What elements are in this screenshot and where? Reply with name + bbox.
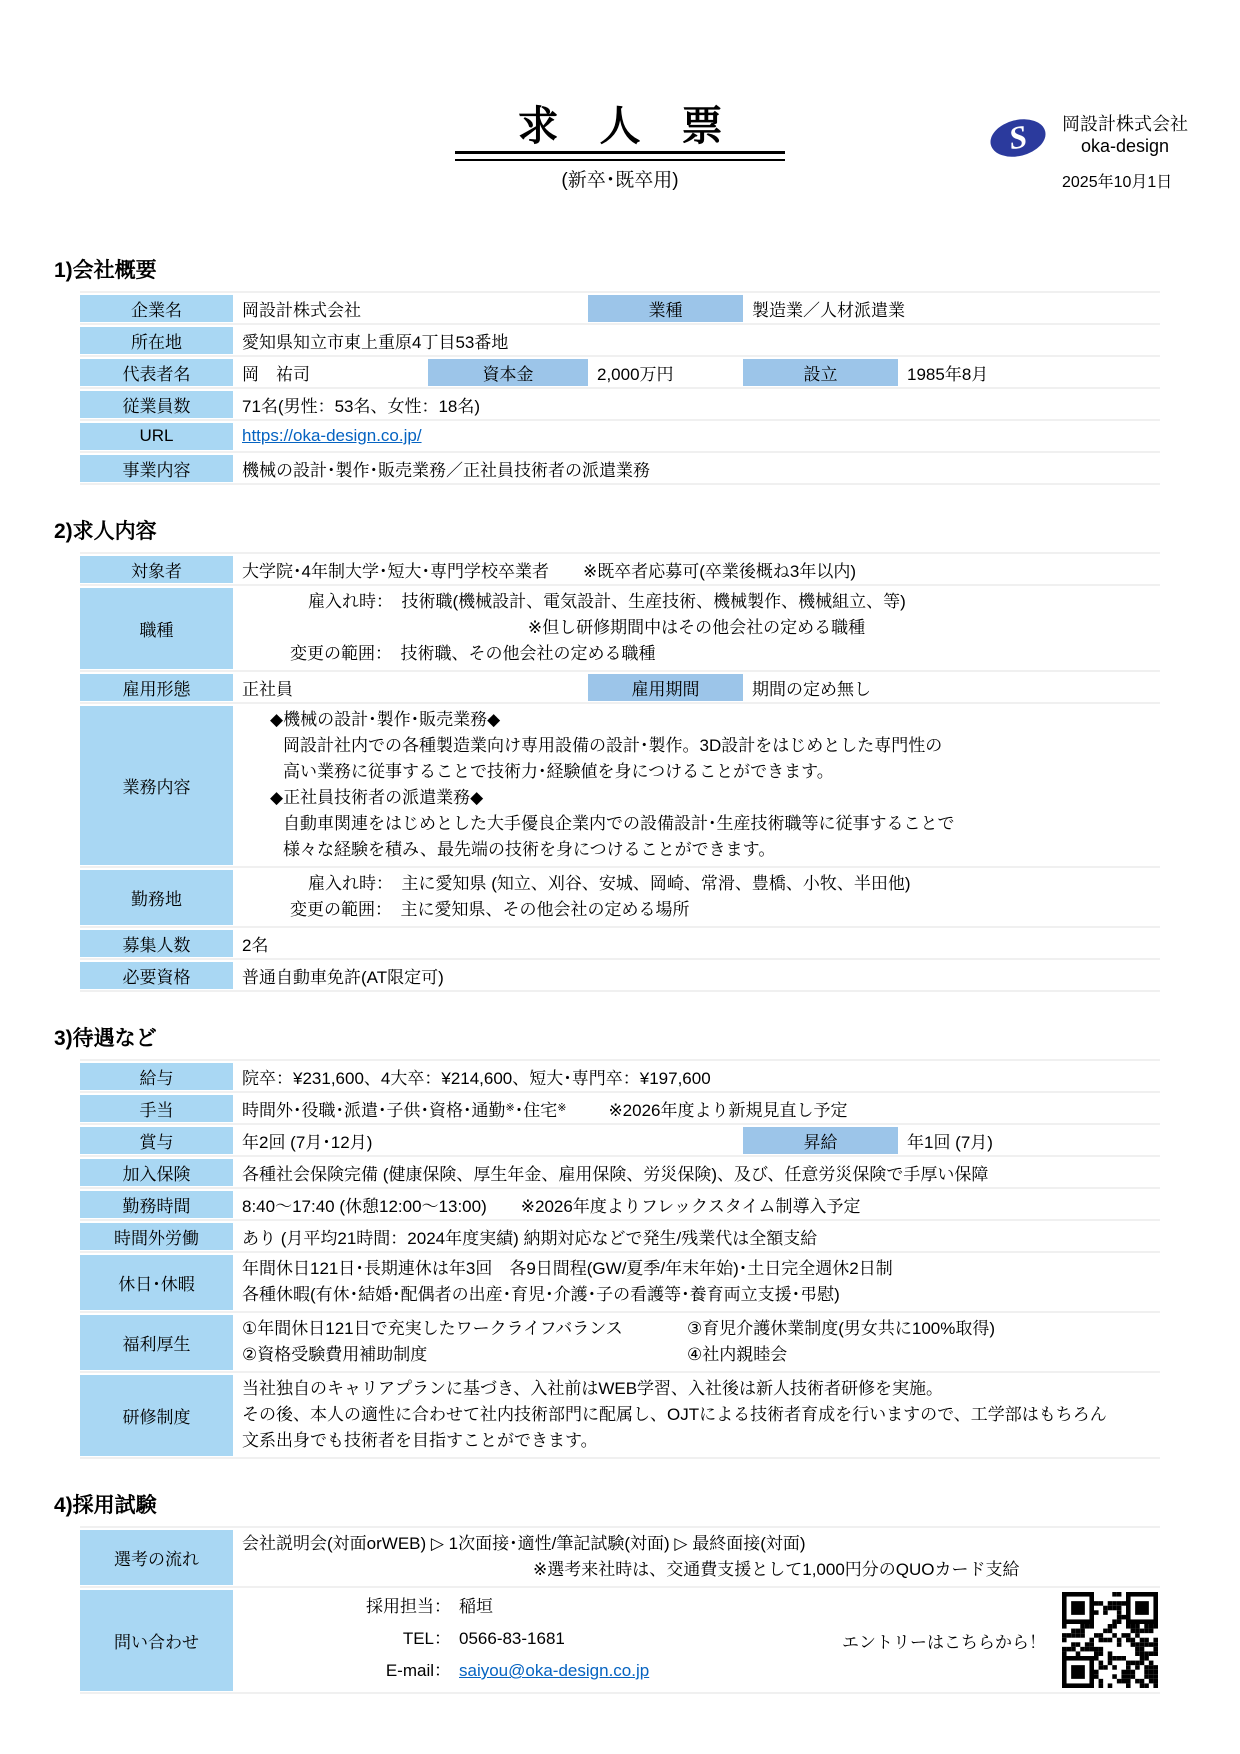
- table-row: 事業内容 機械の設計･製作･販売業務／正社員技術者の派遣業務: [80, 453, 1160, 485]
- industry-value: 製造業／人材派遣業: [743, 293, 1160, 323]
- employment-type-value: 正社員: [233, 672, 588, 702]
- table-row: 勤務時間 8:40～17:40 (休憩12:00～13:00) ※2026年度よ…: [80, 1189, 1160, 1221]
- company-overview-table: 企業名 岡設計株式会社 業種 製造業／人材派遣業 所在地 愛知県知立市東上重原4…: [80, 291, 1160, 485]
- allowance-value: 時間外･役職･派遣･子供･資格･通勤※･住宅※ ※2026年度より新規見直し予定: [233, 1093, 1160, 1123]
- target-label: 対象者: [80, 556, 233, 583]
- selection-flow-note: ※選考来社時は、交通費支援として1,000円分のQUOカード支給: [233, 1557, 1160, 1583]
- company-logo-icon: S: [986, 114, 1050, 167]
- section-job-details: 2)求人内容 対象者 大学院･4年制大学･短大･専門学校卒業者 ※既卒者応募可(…: [80, 515, 1160, 992]
- insurance-value: 各種社会保険完備 (健康保険、厚生年金、雇用保険、労災保険)、及び、任意労災保険…: [233, 1157, 1160, 1187]
- section3-heading: 3)待遇など: [54, 1022, 1160, 1052]
- welfare-label: 福利厚生: [80, 1315, 233, 1370]
- table-row: 職種 雇入れ時： 技術職(機械設計、電気設計、生産技術、機械製作、機械組立、等)…: [80, 586, 1160, 672]
- address-label: 所在地: [80, 327, 233, 354]
- table-row: 所在地 愛知県知立市東上重原4丁目53番地: [80, 325, 1160, 357]
- target-value: 大学院･4年制大学･短大･専門学校卒業者 ※既卒者応募可(卒業後概ね3年以内): [233, 554, 1160, 584]
- allowance-note: ※2026年度より新規見直し予定: [608, 1096, 847, 1121]
- insurance-label: 加入保険: [80, 1159, 233, 1186]
- location-value: 雇入れ時： 主に愛知県 (知立、刈谷、安城、岡崎、常滑、豊橋、小牧、半田他) 変…: [233, 868, 1160, 926]
- business-value: 機械の設計･製作･販売業務／正社員技術者の派遣業務: [233, 453, 1160, 483]
- duties-value: ◆機械の設計･製作･販売業務◆ 岡設計社内での各種製造業向け専用設備の設計･製作…: [233, 704, 1160, 866]
- overtime-label: 時間外労働: [80, 1223, 233, 1250]
- tel-label: TEL：: [233, 1624, 451, 1656]
- employment-period-value: 期間の定め無し: [743, 672, 1160, 702]
- entry-block: エントリーはこちらから！: [842, 1588, 1160, 1692]
- section-company-overview: 1)会社概要 企業名 岡設計株式会社 業種 製造業／人材派遣業 所在地 愛知県知…: [80, 254, 1160, 485]
- company-url-link[interactable]: https://oka-design.co.jp/: [242, 426, 422, 446]
- selection-flow-label: 選考の流れ: [80, 1530, 233, 1585]
- table-row: 研修制度 当社独自のキャリアプランに基づき、入社前はWEB学習、入社後は新人技術…: [80, 1373, 1160, 1459]
- table-row: 業務内容 ◆機械の設計･製作･販売業務◆ 岡設計社内での各種製造業向け専用設備の…: [80, 704, 1160, 868]
- entry-call-to-action: エントリーはこちらから！: [842, 1628, 1046, 1653]
- duties-label: 業務内容: [80, 706, 233, 865]
- contact-label: 問い合わせ: [80, 1590, 233, 1691]
- table-row: 雇用形態 正社員 雇用期間 期間の定め無し: [80, 672, 1160, 704]
- company-name: 岡設計株式会社: [1062, 114, 1188, 136]
- openings-value: 2名: [233, 928, 1160, 958]
- section4-heading: 4)採用試験: [54, 1489, 1160, 1519]
- raise-label: 昇給: [743, 1127, 898, 1154]
- table-row: 手当 時間外･役職･派遣･子供･資格･通勤※･住宅※ ※2026年度より新規見直…: [80, 1093, 1160, 1125]
- employment-type-label: 雇用形態: [80, 674, 233, 701]
- location-label: 勤務地: [80, 870, 233, 925]
- email-link[interactable]: saiyou@oka-design.co.jp: [459, 1661, 649, 1680]
- founded-label: 設立: [743, 359, 898, 386]
- title-double-rule: [455, 151, 785, 161]
- license-label: 必要資格: [80, 962, 233, 989]
- training-label: 研修制度: [80, 1375, 233, 1456]
- contact-details: 採用担当： 稲垣 TEL： 0566-83-1681 E-mail： saiyo…: [233, 1588, 649, 1692]
- jobtype-label: 職種: [80, 588, 233, 669]
- capital-label: 資本金: [428, 359, 588, 386]
- bonus-label: 賞与: [80, 1127, 233, 1154]
- address-value: 愛知県知立市東上重原4丁目53番地: [233, 325, 1160, 355]
- employment-period-label: 雇用期間: [588, 674, 743, 701]
- openings-label: 募集人数: [80, 930, 233, 957]
- table-row: 必要資格 普通自動車免許(AT限定可): [80, 960, 1160, 992]
- business-label: 事業内容: [80, 455, 233, 482]
- header: 求 人 票 (新卒･既卒用) S 岡設計株式会社 oka-design 2025…: [80, 104, 1160, 224]
- recruitment-table: 選考の流れ 会社説明会(対面orWEB) ▷ 1次面接･適性/筆記試験(対面) …: [80, 1526, 1160, 1694]
- company-name-en: oka-design: [1062, 136, 1188, 158]
- salary-value: 院卒：¥231,600、4大卒：¥214,600、短大･専門卒：¥197,600: [233, 1061, 1160, 1091]
- table-row: 勤務地 雇入れ時： 主に愛知県 (知立、刈谷、安城、岡崎、常滑、豊橋、小牧、半田…: [80, 868, 1160, 928]
- training-value: 当社独自のキャリアプランに基づき、入社前はWEB学習、入社後は新人技術者研修を実…: [233, 1373, 1160, 1457]
- founded-value: 1985年8月: [898, 357, 1160, 387]
- table-row: 募集人数 2名: [80, 928, 1160, 960]
- recruiter-name: 稲垣: [459, 1592, 649, 1624]
- president-label: 代表者名: [80, 359, 233, 386]
- job-details-table: 対象者 大学院･4年制大学･短大･専門学校卒業者 ※既卒者応募可(卒業後概ね3年…: [80, 552, 1160, 992]
- compensation-table: 給与 院卒：¥231,600、4大卒：¥214,600、短大･専門卒：¥197,…: [80, 1059, 1160, 1459]
- qr-code: [1062, 1592, 1158, 1688]
- table-row: 福利厚生 ①年間休日121日で充実したワークライフバランス ③育児介護休業制度(…: [80, 1313, 1160, 1373]
- company-name-label: 企業名: [80, 295, 233, 322]
- job-posting-page: 求 人 票 (新卒･既卒用) S 岡設計株式会社 oka-design 2025…: [0, 0, 1240, 1754]
- recruiter-label: 採用担当：: [233, 1592, 451, 1624]
- holidays-value: 年間休日121日･長期連休は年3回 各9日間程(GW/夏季/年末年始)･土日完全…: [233, 1253, 1160, 1311]
- section-recruitment-exam: 4)採用試験 選考の流れ 会社説明会(対面orWEB) ▷ 1次面接･適性/筆記…: [80, 1489, 1160, 1694]
- email-label: E-mail：: [233, 1656, 451, 1688]
- jobtype-value: 雇入れ時： 技術職(機械設計、電気設計、生産技術、機械製作、機械組立、等) ※但…: [233, 586, 1160, 670]
- bonus-value: 年2回 (7月･12月): [233, 1125, 743, 1155]
- tel-number: 0566-83-1681: [459, 1624, 649, 1656]
- company-name-value: 岡設計株式会社: [233, 293, 588, 323]
- table-row: 休日･休暇 年間休日121日･長期連休は年3回 各9日間程(GW/夏季/年末年始…: [80, 1253, 1160, 1313]
- license-value: 普通自動車免許(AT限定可): [233, 960, 1160, 990]
- hours-label: 勤務時間: [80, 1191, 233, 1218]
- industry-label: 業種: [588, 295, 743, 322]
- raise-value: 年1回 (7月): [898, 1125, 1160, 1155]
- company-brand: S 岡設計株式会社 oka-design 2025年10月1日: [986, 114, 1188, 192]
- section2-heading: 2)求人内容: [54, 515, 1160, 545]
- capital-value: 2,000万円: [588, 357, 743, 387]
- table-row: 賞与 年2回 (7月･12月) 昇給 年1回 (7月): [80, 1125, 1160, 1157]
- employees-value: 71名(男性：53名、女性：18名): [233, 389, 1160, 419]
- table-row: URL https://oka-design.co.jp/: [80, 421, 1160, 453]
- welfare-value: ①年間休日121日で充実したワークライフバランス ③育児介護休業制度(男女共に1…: [233, 1313, 1160, 1371]
- section1-heading: 1)会社概要: [54, 254, 1160, 284]
- url-label: URL: [80, 423, 233, 450]
- allowance-label: 手当: [80, 1095, 233, 1122]
- table-row: 選考の流れ 会社説明会(対面orWEB) ▷ 1次面接･適性/筆記試験(対面) …: [80, 1528, 1160, 1588]
- table-row: 企業名 岡設計株式会社 業種 製造業／人材派遣業: [80, 293, 1160, 325]
- hours-value: 8:40～17:40 (休憩12:00～13:00) ※2026年度よりフレック…: [233, 1189, 1160, 1219]
- page-title: 求 人 票: [455, 104, 785, 149]
- title-block: 求 人 票 (新卒･既卒用): [455, 104, 785, 192]
- table-row: 時間外労働 あり (月平均21時間：2024年度実績) 納期対応などで発生/残業…: [80, 1221, 1160, 1253]
- salary-label: 給与: [80, 1063, 233, 1090]
- employees-label: 従業員数: [80, 391, 233, 418]
- issue-date: 2025年10月1日: [1062, 169, 1188, 192]
- table-row: 加入保険 各種社会保険完備 (健康保険、厚生年金、雇用保険、労災保険)、及び、任…: [80, 1157, 1160, 1189]
- table-row: 問い合わせ 採用担当： 稲垣 TEL： 0566-83-1681 E-mail：…: [80, 1588, 1160, 1694]
- table-row: 従業員数 71名(男性：53名、女性：18名): [80, 389, 1160, 421]
- selection-flow-value: 会社説明会(対面orWEB) ▷ 1次面接･適性/筆記試験(対面) ▷ 最終面接…: [233, 1528, 1160, 1586]
- president-value: 岡 祐司: [233, 357, 428, 387]
- table-row: 給与 院卒：¥231,600、4大卒：¥214,600、短大･専門卒：¥197,…: [80, 1061, 1160, 1093]
- section-compensation: 3)待遇など 給与 院卒：¥231,600、4大卒：¥214,600、短大･専門…: [80, 1022, 1160, 1459]
- overtime-value: あり (月平均21時間：2024年度実績) 納期対応などで発生/残業代は全額支給: [233, 1221, 1160, 1251]
- company-brand-text: 岡設計株式会社 oka-design 2025年10月1日: [1062, 114, 1188, 192]
- page-subtitle: (新卒･既卒用): [455, 165, 785, 192]
- holidays-label: 休日･休暇: [80, 1255, 233, 1310]
- table-row: 代表者名 岡 祐司 資本金 2,000万円 設立 1985年8月: [80, 357, 1160, 389]
- table-row: 対象者 大学院･4年制大学･短大･専門学校卒業者 ※既卒者応募可(卒業後概ね3年…: [80, 554, 1160, 586]
